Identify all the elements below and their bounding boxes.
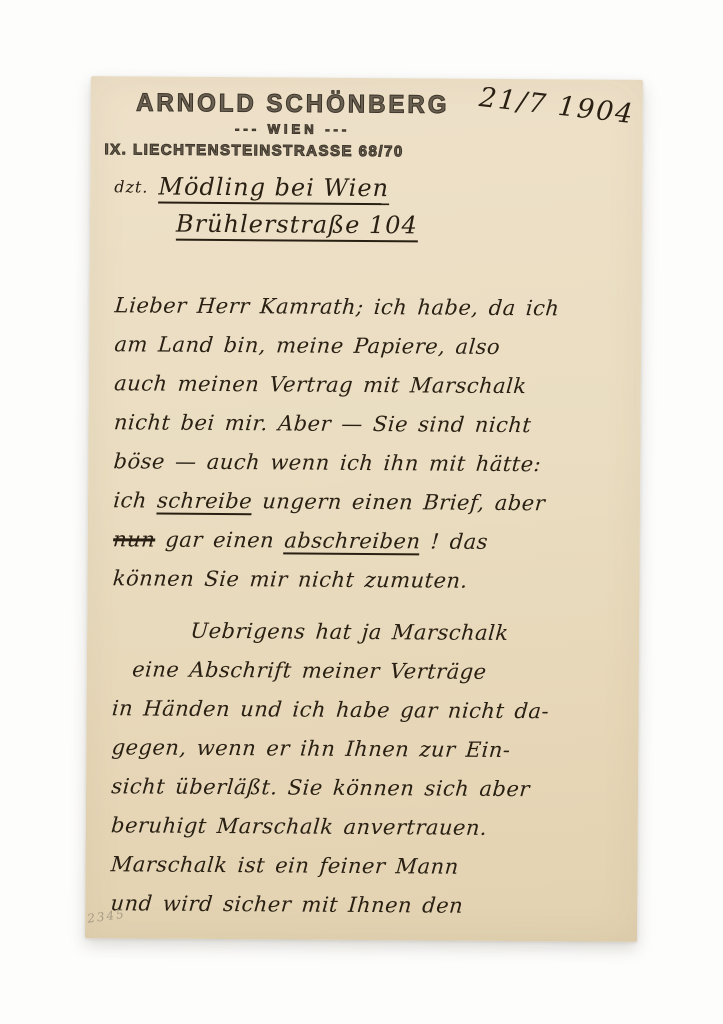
body-line: können Sie mir nicht zumuten. [111,559,619,602]
address-prefix: dzt. [114,177,148,196]
body-line: Uebrigens hat ja Marschalk [111,611,619,654]
body-text: eine Abschrift meiner Verträge [131,657,487,683]
letterhead-name: ARNOLD SCHÖNBERG [103,90,483,120]
body-text: beruhigt Marschalk anvertrauen. [110,813,488,840]
body-text: Lieber Herr Kamrath; ich habe, da ich [114,293,560,320]
body-line: am Land bin, meine Papiere, also [113,325,621,368]
body-line: Marschalk ist ein feiner Mann [109,845,617,888]
body-line: sicht überläßt. Sie können sich aber [110,767,618,810]
letterhead-address: IX. LIECHTENSTEINSTRASSE 68/70 [102,140,482,163]
body-text: in Händen und ich habe gar nicht da- [111,696,550,723]
body-line: und wird sicher mit Ihnen den [109,884,617,927]
body-line: eine Abschrift meiner Verträge [111,650,619,693]
body-text: nicht bei mir. Aber — Sie sind nicht [113,410,532,437]
underlined-word: abschreiben [283,528,421,555]
underlined-word: schreibe [156,489,253,516]
body-line: gegen, wenn er ihn Ihnen zur Ein- [110,728,618,771]
body-line: nicht bei mir. Aber — Sie sind nicht [112,403,620,446]
body-text: Marschalk ist ein feiner Mann [110,852,460,878]
body-line: auch meinen Vertrag mit Marschalk [113,364,621,407]
letter-body: Lieber Herr Kamrath; ich habe, da icham … [109,286,618,927]
struck-word: nun [112,527,156,551]
body-text: auch meinen Vertrag mit Marschalk [113,371,527,398]
body-line: ich schreibe ungern einen Brief, aber [112,481,620,524]
letter-paper: ARNOLD SCHÖNBERG --- WIEN --- IX. LIECHT… [85,76,643,942]
body-text: gar einen [154,528,285,553]
body-text: ungern einen Brief, aber [251,489,546,515]
body-text: Uebrigens hat ja Marschalk [190,619,510,645]
body-text: gegen, wenn er ihn Ihnen zur Ein- [111,735,512,762]
body-text: am Land bin, meine Papiere, also [114,332,502,359]
photo-background: ARNOLD SCHÖNBERG --- WIEN --- IX. LIECHT… [0,0,723,1024]
address-line-street: Brühlerstraße 104 [114,209,584,240]
body-text: ! das [420,529,489,553]
address-line-location: dzt.Mödling bei Wien [114,172,584,203]
body-line: böse — auch wenn ich ihn mit hätte: [112,442,620,485]
body-text: ich [113,488,159,512]
address-location: Mödling bei Wien [158,173,389,206]
address-block: dzt.Mödling bei Wien Brühlerstraße 104 [114,172,584,240]
body-line: nun gar einen abschreiben ! das [112,520,620,563]
body-text: böse — auch wenn ich ihn mit hätte: [113,449,542,476]
body-line: Lieber Herr Kamrath; ich habe, da ich [113,286,621,329]
address-street: Brühlerstraße 104 [176,210,418,243]
letterhead-city: --- WIEN --- [103,118,483,141]
body-line: beruhigt Marschalk anvertrauen. [110,806,618,849]
body-text: können Sie mir nicht zumuten. [112,566,469,592]
body-text: sicht überläßt. Sie können sich aber [111,774,531,801]
body-text: und wird sicher mit Ihnen den [110,891,464,917]
handwritten-date: 21/7 1904 [478,82,650,132]
body-line: in Händen und ich habe gar nicht da- [110,689,618,732]
letterhead-stamp: ARNOLD SCHÖNBERG --- WIEN --- IX. LIECHT… [102,90,482,163]
